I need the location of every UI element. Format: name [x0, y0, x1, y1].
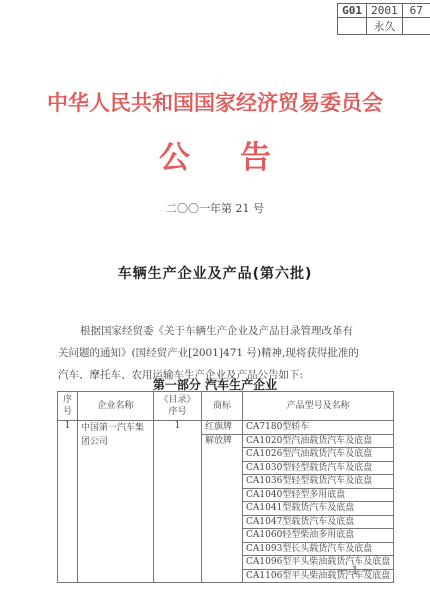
product-item: CA1030型轻型载货汽车及底盘: [243, 462, 393, 476]
paragraph-line-2: 关问题的通知》(国经贸产业[2001]471 号)精神,现将获得批准的: [58, 342, 398, 364]
document-title: 车辆生产企业及产品(第六批): [0, 263, 430, 283]
brand-item: 红旗牌: [202, 421, 242, 435]
product-item: CA1041型载货汽车及底盘: [243, 502, 393, 516]
product-item: CA1093型长头载货汽车及底盘: [243, 543, 393, 557]
notice-char-1: 公: [159, 140, 190, 176]
organization-heading: 中华人民共和国国家经济贸易委员会: [0, 87, 430, 117]
page-number: — 1 —: [337, 564, 373, 577]
notice-heading: 公告: [0, 132, 430, 177]
cell-catalog-no: 1: [154, 421, 202, 583]
product-item: CA1036型轻型载货汽车及底盘: [243, 475, 393, 489]
stamp-number: 67: [402, 4, 430, 18]
stamp-blank-2: [402, 18, 430, 35]
product-item: CA1040型轻型多用底盘: [243, 489, 393, 503]
header-no: 序号: [58, 392, 78, 421]
product-item: CA7180型轿车: [243, 421, 393, 435]
product-item: CA1047型载货汽车及底盘: [243, 516, 393, 530]
product-item: CA1060轻型柴油多用底盘: [243, 529, 393, 543]
product-item: CA1026型汽油载货汽车及底盘: [243, 448, 393, 462]
notice-char-2: 告: [240, 140, 271, 176]
cell-brands: 红旗牌 解放牌: [202, 421, 243, 583]
paragraph-line-1: 根据国家经贸委《关于车辆生产企业及产品目录管理改革有: [58, 320, 398, 342]
header-brand: 商标: [202, 392, 243, 421]
cell-products: CA7180型轿车 CA1020型汽油载货汽车及底盘 CA1026型汽油载货汽车…: [243, 421, 394, 583]
stamp-code: G01: [338, 4, 367, 18]
table-row: 1 中国第一汽车集团公司 1 红旗牌 解放牌 CA7180型轿车 CA1020型…: [58, 421, 394, 583]
header-catalog-no: 《目录》序号: [154, 392, 202, 421]
cell-no: 1: [58, 421, 78, 583]
header-company: 企业名称: [78, 392, 154, 421]
table-header-row: 序号 企业名称 《目录》序号 商标 产品型号及名称: [58, 392, 394, 421]
brand-item: 解放牌: [202, 435, 242, 448]
product-item: CA1020型汽油载货汽车及底盘: [243, 435, 393, 449]
stamp-year: 2001: [367, 4, 402, 18]
enterprise-table: 序号 企业名称 《目录》序号 商标 产品型号及名称 1 中国第一汽车集团公司 1…: [57, 391, 394, 583]
stamp-retention: 永久: [367, 18, 402, 35]
header-product: 产品型号及名称: [243, 392, 394, 421]
archive-stamp: G01 2001 67 永久: [337, 3, 430, 35]
stamp-blank: [338, 18, 367, 35]
document-number: 二〇〇一年第 21 号: [0, 200, 430, 216]
cell-company: 中国第一汽车集团公司: [78, 421, 154, 583]
